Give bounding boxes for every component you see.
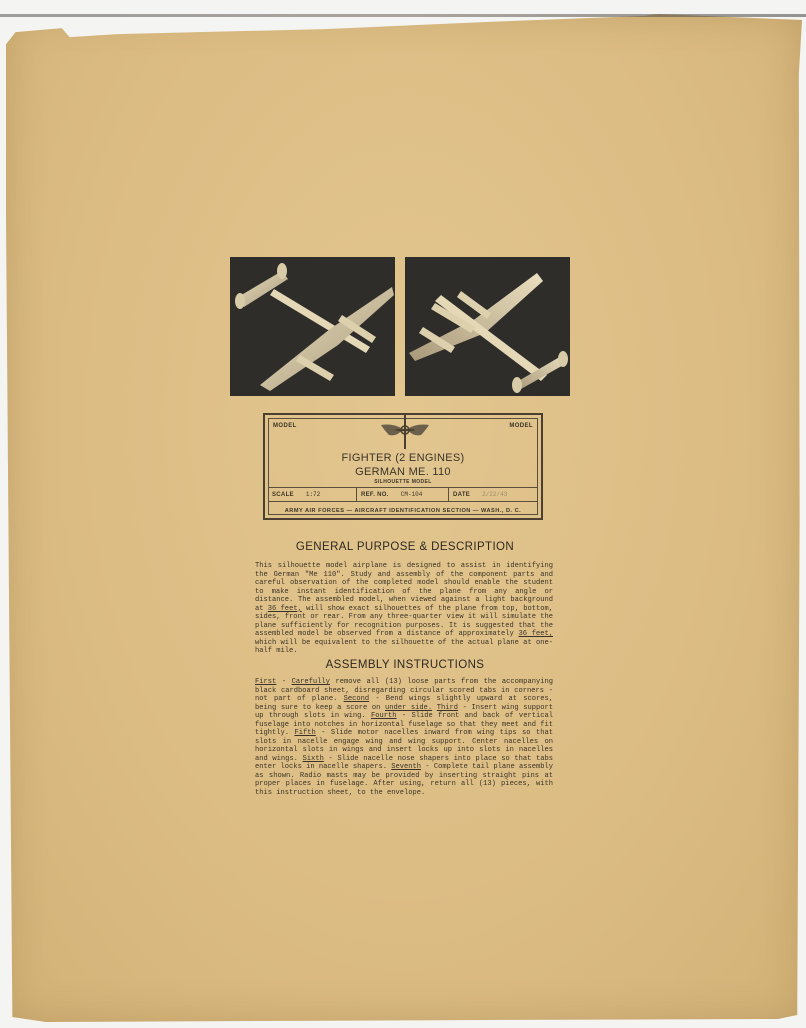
step-second: Second (344, 695, 370, 703)
document-page: MODEL MODEL FIGHTER (2 ENGINES) GERMAN M… (0, 0, 806, 1028)
emphasis-carefully: Carefully (292, 678, 330, 686)
step-seventh: Seventh (391, 763, 421, 771)
scale-label: SCALE (272, 492, 294, 498)
date-value: 2/22/43 (482, 491, 507, 498)
assembly-instructions-heading: ASSEMBLY INSTRUCTIONS (250, 659, 560, 671)
airplane-model-icon (405, 257, 570, 396)
ref-value: CM-104 (401, 491, 423, 498)
label-title-aircraft: GERMAN ME. 110 (265, 466, 541, 478)
step-fourth: Fourth (371, 712, 397, 720)
label-ref-cell: REF. NO. CM-104 (356, 488, 448, 501)
model-photo-top-view (230, 257, 395, 396)
text-segment: - (276, 678, 291, 686)
step-sixth: Sixth (303, 755, 324, 763)
model-label-card: MODEL MODEL FIGHTER (2 ENGINES) GERMAN M… (263, 413, 543, 520)
label-scale-cell: SCALE 1:72 (268, 488, 356, 501)
step-fifth: Fifth (294, 729, 315, 737)
emphasis-under-side: under side. (385, 704, 432, 712)
general-purpose-heading: GENERAL PURPOSE & DESCRIPTION (250, 541, 560, 553)
step-third: Third (437, 704, 458, 712)
ref-label: REF. NO. (361, 492, 389, 498)
army-air-forces-wings-icon (377, 415, 433, 449)
step-first: First (255, 678, 276, 686)
underlined-distance: 36 feet, (268, 605, 302, 613)
label-model-right: MODEL (509, 423, 533, 429)
date-label: DATE (453, 492, 470, 498)
assembly-instructions-text: First - Carefully remove all (13) loose … (255, 678, 553, 797)
scale-value: 1:72 (306, 491, 320, 498)
airplane-model-icon (230, 257, 395, 396)
label-date-cell: DATE 2/22/43 (448, 488, 538, 501)
label-title-category: FIGHTER (2 ENGINES) (265, 452, 541, 464)
label-info-row: SCALE 1:72 REF. NO. CM-104 DATE 2/22/43 (268, 487, 538, 502)
underlined-distance: 36 feet, (519, 630, 553, 638)
text-segment: which will be equivalent to the silhouet… (255, 639, 553, 656)
model-photo-bottom-view (405, 257, 570, 396)
label-model-left: MODEL (273, 423, 297, 429)
label-footer: ARMY AIR FORCES — AIRCRAFT IDENTIFICATIO… (268, 503, 538, 518)
label-subtitle: SILHOUETTE MODEL (265, 479, 541, 485)
general-purpose-text: This silhouette model airplane is design… (255, 562, 553, 656)
